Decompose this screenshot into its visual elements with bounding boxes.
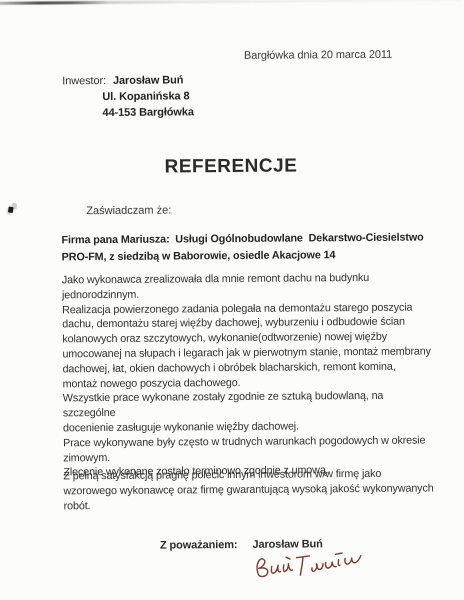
scan-edge-artifact bbox=[0, 0, 462, 5]
date-line: Bargłówka dnia 20 marca 2011 bbox=[244, 49, 392, 62]
letter-content: Bargłówka dnia 20 marca 2011 Inwestor: J… bbox=[0, 0, 464, 600]
investor-block: Inwestor: Jarosław Buń Ul. Kopanińska 8 … bbox=[62, 72, 194, 121]
company-statement: Firma pana Mariusza: Usługi Ogólnobudowl… bbox=[61, 229, 431, 265]
closing-label: Z poważaniem: bbox=[160, 539, 238, 552]
ink-speck-artifact bbox=[8, 206, 14, 213]
body-paragraph-1: Jako wykonawca zrealizowała dla mnie rem… bbox=[62, 270, 436, 480]
salutation: Zaświadczam że: bbox=[86, 204, 171, 217]
investor-line: Inwestor: Jarosław Buń bbox=[62, 72, 193, 89]
investor-address: Ul. Kopanińska 8 44-153 Bargłówka bbox=[62, 88, 194, 121]
handwritten-signature bbox=[251, 545, 365, 584]
scanned-reference-letter: Bargłówka dnia 20 marca 2011 Inwestor: J… bbox=[0, 0, 464, 600]
letter-title: REFERENCJE bbox=[0, 154, 463, 180]
investor-name: Jarosław Buń bbox=[113, 74, 183, 87]
body-paragraph-2: Z pełną satysfakcją pragnę polecić innym… bbox=[63, 466, 435, 513]
investor-label: Inwestor: bbox=[62, 75, 106, 87]
signature-strokes bbox=[256, 552, 361, 578]
